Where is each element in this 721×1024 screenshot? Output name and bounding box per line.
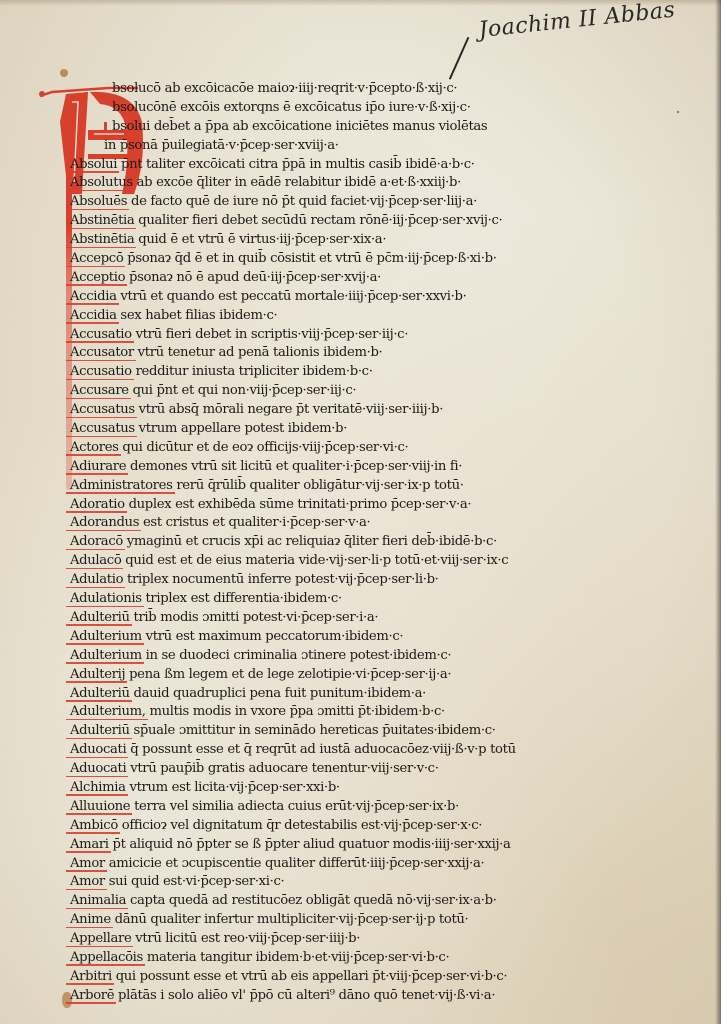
entry-reference: ymaginū et crucis xp̄i ac reliquiaɂ q̄li… xyxy=(123,534,497,549)
opening-line: bsolui deb̄et a p̄pa ab excōicatione ini… xyxy=(70,118,550,137)
index-entry: Accidia sex habet filias ibidem·c· xyxy=(70,307,550,326)
index-entry: Amari p̄t aliquid nō p̄pter se ß p̄pter … xyxy=(70,836,550,855)
entry-reference: qui p̄nt et qui non·viij·p̄cep·ser·iij·c… xyxy=(129,383,357,398)
opening-line: in p̄sonā p̄uilegiatā·v·p̄cep·ser·xviij·… xyxy=(70,137,550,156)
index-text-block: bsolucō ab excōicacōe maioɂ·iiij·reqrit·… xyxy=(70,80,550,1006)
entry-lemma: Adulteriū xyxy=(70,610,130,625)
entry-reference: sui quid est·vi·p̄cep·ser·xi·c· xyxy=(105,874,284,889)
entry-reference: vtrū absq̄ mōrali negare p̄t veritatē·vi… xyxy=(135,402,443,417)
index-entry: Accusatus vtrum appellare potest ibidem·… xyxy=(70,420,550,439)
entry-reference: q̄ possunt esse et q̄ reqrūt ad iustā ad… xyxy=(126,742,515,757)
entry-reference: capta quedā ad restitucōez obligāt quedā… xyxy=(126,893,496,908)
index-entry: Abstinētia quid ē et vtrū ē virtus·iij·p… xyxy=(70,231,550,250)
entry-lemma: Acceptio xyxy=(70,270,125,285)
entry-lemma: Ambicō xyxy=(70,818,118,833)
entry-lemma: Adulterium xyxy=(70,648,142,663)
index-entry: Arborē plātās i solo aliēo vl' p̄pō cū a… xyxy=(70,987,550,1006)
entry-lemma: Actores xyxy=(70,440,119,455)
entry-reference: sex habet filias ibidem·c· xyxy=(117,308,278,323)
index-entry: Accusatio vtrū fieri debet in scriptis·v… xyxy=(70,326,550,345)
entry-lemma: Adulteriū xyxy=(70,686,130,701)
index-entry: Arbitri qui possunt esse et vtrū ab eis … xyxy=(70,968,550,987)
entry-reference: sp̄uale ɔmittitur in seminādo hereticas … xyxy=(130,723,496,738)
opening-line: bsolucōnē excōis extorqns ē excōicatus i… xyxy=(70,99,550,118)
entry-lemma: Aduocati xyxy=(70,761,126,776)
index-entry: Adiurare demones vtrū sit licitū et qual… xyxy=(70,458,550,477)
index-entry: Adoracō ymaginū et crucis xp̄i ac reliqu… xyxy=(70,533,550,552)
entry-lemma: Accusator xyxy=(70,345,134,360)
entry-reference: vtrū paup̄ib̄ gratis aduocare tenentur·v… xyxy=(126,761,438,776)
entry-reference: dauid quadruplici pena fuit punitum·ibid… xyxy=(130,686,426,701)
entry-reference: officioɂ vel dignitatum q̄r detestabilis… xyxy=(118,818,482,833)
entry-lemma: Animalia xyxy=(70,893,126,908)
index-entry: Adulteriū trib̄ modis ɔmitti potest·vi·p… xyxy=(70,609,550,628)
index-entry: Adulteriū dauid quadruplici pena fuit pu… xyxy=(70,685,550,704)
entry-reference: trib̄ modis ɔmitti potest·vi·p̄cep·ser·i… xyxy=(130,610,379,625)
entry-lemma: Adulationis xyxy=(70,591,142,606)
entry-reference: qui dicūtur et de eoɂ officijs·viij·p̄ce… xyxy=(119,440,409,455)
entry-reference: vtrū est maximum peccatorum·ibidem·c· xyxy=(142,629,403,644)
entry-lemma: Anime xyxy=(70,912,111,927)
entry-reference: vtrum appellare potest ibidem·b· xyxy=(135,421,347,436)
opening-line-text: bsolucōnē excōis extorqns ē excōicatus i… xyxy=(112,100,471,115)
entry-reference: quid est et de eius materia vide·vij·ser… xyxy=(121,553,508,568)
entry-lemma: Adorandus xyxy=(70,515,139,530)
red-ink-speck xyxy=(677,111,679,113)
index-entry: Amor sui quid est·vi·p̄cep·ser·xi·c· xyxy=(70,873,550,892)
index-entry: Absoluēs de facto quē de iure nō p̄t qui… xyxy=(70,193,550,212)
entry-reference: duplex est exhibēda sūme trinitati·primo… xyxy=(125,497,472,512)
entry-reference: rerū q̄rūlib̄ qualiter obligātur·vij·ser… xyxy=(173,478,464,493)
entry-lemma: Arbitri xyxy=(70,969,112,984)
index-entry: Amor amicicie et ɔcupiscentie qualiter d… xyxy=(70,855,550,874)
page-right-edge-shadow xyxy=(715,0,721,1024)
index-entry: Ambicō officioɂ vel dignitatum q̄r detes… xyxy=(70,817,550,836)
entry-reference: amicicie et ɔcupiscentie qualiter differ… xyxy=(105,856,484,871)
entry-reference: p̄sonaɂ q̄d ē et in quib̄ cōsistit et vt… xyxy=(123,251,496,266)
entry-reference: plātās i solo aliēo vl' p̄pō cū alteri⁹ … xyxy=(114,988,495,1003)
entry-reference: vtrū tenetur ad penā talionis ibidem·b· xyxy=(134,345,383,360)
entry-reference: terra vel similia adiecta cuius erūt·vij… xyxy=(130,799,459,814)
index-entry: Absolutus ab excōe q̄liter in eādē relab… xyxy=(70,174,550,193)
entry-reference: p̄nt taliter excōicati citra p̄pā in mul… xyxy=(117,157,474,172)
index-entry: Absolui p̄nt taliter excōicati citra p̄p… xyxy=(70,156,550,175)
entry-reference: triplex nocumentū inferre potest·vij·p̄c… xyxy=(123,572,438,587)
entry-lemma: Appellare xyxy=(70,931,131,946)
entry-reference: vtrū fieri debet in scriptis·viij·p̄cep·… xyxy=(132,327,408,342)
entry-lemma: Adoracō xyxy=(70,534,123,549)
index-entry: Accusatus vtrū absq̄ mōrali negare p̄t v… xyxy=(70,401,550,420)
entry-reference: vtrū et quando est peccatū mortale·iiij·… xyxy=(117,289,467,304)
entry-lemma: Alchimia xyxy=(70,780,126,795)
entry-lemma: Abstinētia xyxy=(70,232,134,247)
entry-reference: qualiter fieri debet secūdū rectam rōnē·… xyxy=(134,213,502,228)
entry-lemma: Adulterium xyxy=(70,629,142,644)
entry-lemma: Abstinētia xyxy=(70,213,134,228)
entry-reference: p̄sonaɂ nō ē apud deū·iij·p̄cep·ser·xvij… xyxy=(125,270,381,285)
index-entry: Aduocati q̄ possunt esse et q̄ reqrūt ad… xyxy=(70,741,550,760)
entry-lemma: Alluuione xyxy=(70,799,130,814)
entry-lemma: Adulterij xyxy=(70,667,125,682)
index-entry: Administratores rerū q̄rūlib̄ qualiter o… xyxy=(70,477,550,496)
index-entry: Adorandus est cristus et qualiter·i·p̄ce… xyxy=(70,514,550,533)
opening-line-text: bsolui deb̄et a p̄pa ab excōicatione ini… xyxy=(112,119,487,134)
entry-reference: multis modis in vxore p̄pa ɔmitti p̄t·ib… xyxy=(146,704,445,719)
manuscript-page: Joachim II Abbas bsolucō ab excōicacōe m… xyxy=(0,0,721,1024)
index-entry: Appellacōis materia tangitur ibidem·b·et… xyxy=(70,949,550,968)
index-entry: Appellare vtrū licitū est reo·viij·p̄cep… xyxy=(70,930,550,949)
entry-lemma: Arborē xyxy=(70,988,114,1003)
entry-lemma: Absoluēs xyxy=(70,194,127,209)
entry-lemma: Accidia xyxy=(70,308,117,323)
entry-lemma: Accusatio xyxy=(70,327,132,342)
handwritten-signature: Joachim II Abbas xyxy=(477,0,712,78)
index-entry: Adulterium, multis modis in vxore p̄pa ɔ… xyxy=(70,703,550,722)
index-entry: Accusatio redditur iniusta tripliciter i… xyxy=(70,363,550,382)
index-entry: Actores qui dicūtur et de eoɂ officijs·v… xyxy=(70,439,550,458)
index-entry: Adulatio triplex nocumentū inferre potes… xyxy=(70,571,550,590)
entry-lemma: Amari xyxy=(70,837,109,852)
entry-lemma: Accusatio xyxy=(70,364,132,379)
entry-lemma: Adoratio xyxy=(70,497,125,512)
entry-lemma: Accidia xyxy=(70,289,117,304)
entry-lemma: Accusare xyxy=(70,383,129,398)
index-entry: Alchimia vtrum est licita·vij·p̄cep·ser·… xyxy=(70,779,550,798)
entry-lemma: Absolui xyxy=(70,157,117,172)
opening-line-text: bsolucō ab excōicacōe maioɂ·iiij·reqrit·… xyxy=(112,81,457,96)
entry-lemma: Amor xyxy=(70,856,105,871)
signature-flourish xyxy=(449,37,470,80)
entry-reference: materia tangitur ibidem·b·et·viij·p̄cep·… xyxy=(143,950,449,965)
entry-lemma: Accusatus xyxy=(70,421,135,436)
index-entry: Accidia vtrū et quando est peccatū morta… xyxy=(70,288,550,307)
index-entry: Accusare qui p̄nt et qui non·viij·p̄cep·… xyxy=(70,382,550,401)
entry-lemma: Appellacōis xyxy=(70,950,143,965)
entry-lemma: Absolutus xyxy=(70,175,133,190)
index-entry: Animalia capta quedā ad restitucōez obli… xyxy=(70,892,550,911)
entry-reference: dānū qualiter infertur multipliciter·vij… xyxy=(111,912,469,927)
entry-reference: demones vtrū sit licitū et qualiter·i·p̄… xyxy=(126,459,462,474)
opening-line: bsolucō ab excōicacōe maioɂ·iiij·reqrit·… xyxy=(70,80,550,99)
entry-reference: in se duodeci criminalia ɔtinere potest·… xyxy=(142,648,451,663)
entry-lemma: Adulacō xyxy=(70,553,121,568)
index-entry: Aduocati vtrū paup̄ib̄ gratis aduocare t… xyxy=(70,760,550,779)
index-entry: Adoratio duplex est exhibēda sūme trinit… xyxy=(70,496,550,515)
entry-lemma: Aduocati xyxy=(70,742,126,757)
entry-lemma: Adulatio xyxy=(70,572,123,587)
entry-reference: quid ē et vtrū ē virtus·iij·p̄cep·ser·xi… xyxy=(134,232,386,247)
index-entry: Abstinētia qualiter fieri debet secūdū r… xyxy=(70,212,550,231)
entry-lemma: Adiurare xyxy=(70,459,126,474)
entry-reference: ab excōe q̄liter in eādē relabitur ibidē… xyxy=(133,175,461,190)
entry-reference: pena ßm legem et de lege zelotipie·vi·p̄… xyxy=(125,667,451,682)
entry-reference: qui possunt esse et vtrū ab eis appellar… xyxy=(112,969,507,984)
entry-reference: triplex est differentia·ibidem·c· xyxy=(142,591,342,606)
entry-lemma: Adulterium, xyxy=(70,704,146,719)
opening-line-text: in p̄sonā p̄uilegiatā·v·p̄cep·ser·xviij·… xyxy=(104,138,339,153)
entry-reference: redditur iniusta tripliciter ibidem·b·c· xyxy=(132,364,373,379)
index-entry: Accepcō p̄sonaɂ q̄d ē et in quib̄ cōsist… xyxy=(70,250,550,269)
entry-reference: est cristus et qualiter·i·p̄cep·ser·v·a· xyxy=(139,515,370,530)
entry-reference: vtrum est licita·vij·p̄cep·ser·xxi·b· xyxy=(126,780,340,795)
signature-text: Joachim II Abbas xyxy=(477,0,676,43)
index-entry: Adulterium in se duodeci criminalia ɔtin… xyxy=(70,647,550,666)
index-entry: Adulterij pena ßm legem et de lege zelot… xyxy=(70,666,550,685)
entry-lemma: Amor xyxy=(70,874,105,889)
entry-lemma: Administratores xyxy=(70,478,173,493)
index-entry: Adulterium vtrū est maximum peccatorum·i… xyxy=(70,628,550,647)
entry-reference: vtrū licitū est reo·viij·p̄cep·ser·iiij·… xyxy=(131,931,360,946)
index-entry: Adulteriū sp̄uale ɔmittitur in seminādo … xyxy=(70,722,550,741)
index-entry: Acceptio p̄sonaɂ nō ē apud deū·iij·p̄cep… xyxy=(70,269,550,288)
index-entry: Adulationis triplex est differentia·ibid… xyxy=(70,590,550,609)
entry-reference: p̄t aliquid nō p̄pter se ß p̄pter aliud … xyxy=(109,837,511,852)
entry-reference: de facto quē de iure nō p̄t quid faciet·… xyxy=(127,194,477,209)
index-entry: Adulacō quid est et de eius materia vide… xyxy=(70,552,550,571)
entry-lemma: Accepcō xyxy=(70,251,123,266)
index-entry: Accusator vtrū tenetur ad penā talionis … xyxy=(70,344,550,363)
entry-lemma: Adulteriū xyxy=(70,723,130,738)
foxing-stain xyxy=(60,69,68,77)
index-entry: Anime dānū qualiter infertur multiplicit… xyxy=(70,911,550,930)
index-entry: Alluuione terra vel similia adiecta cuiu… xyxy=(70,798,550,817)
entry-lemma: Accusatus xyxy=(70,402,135,417)
